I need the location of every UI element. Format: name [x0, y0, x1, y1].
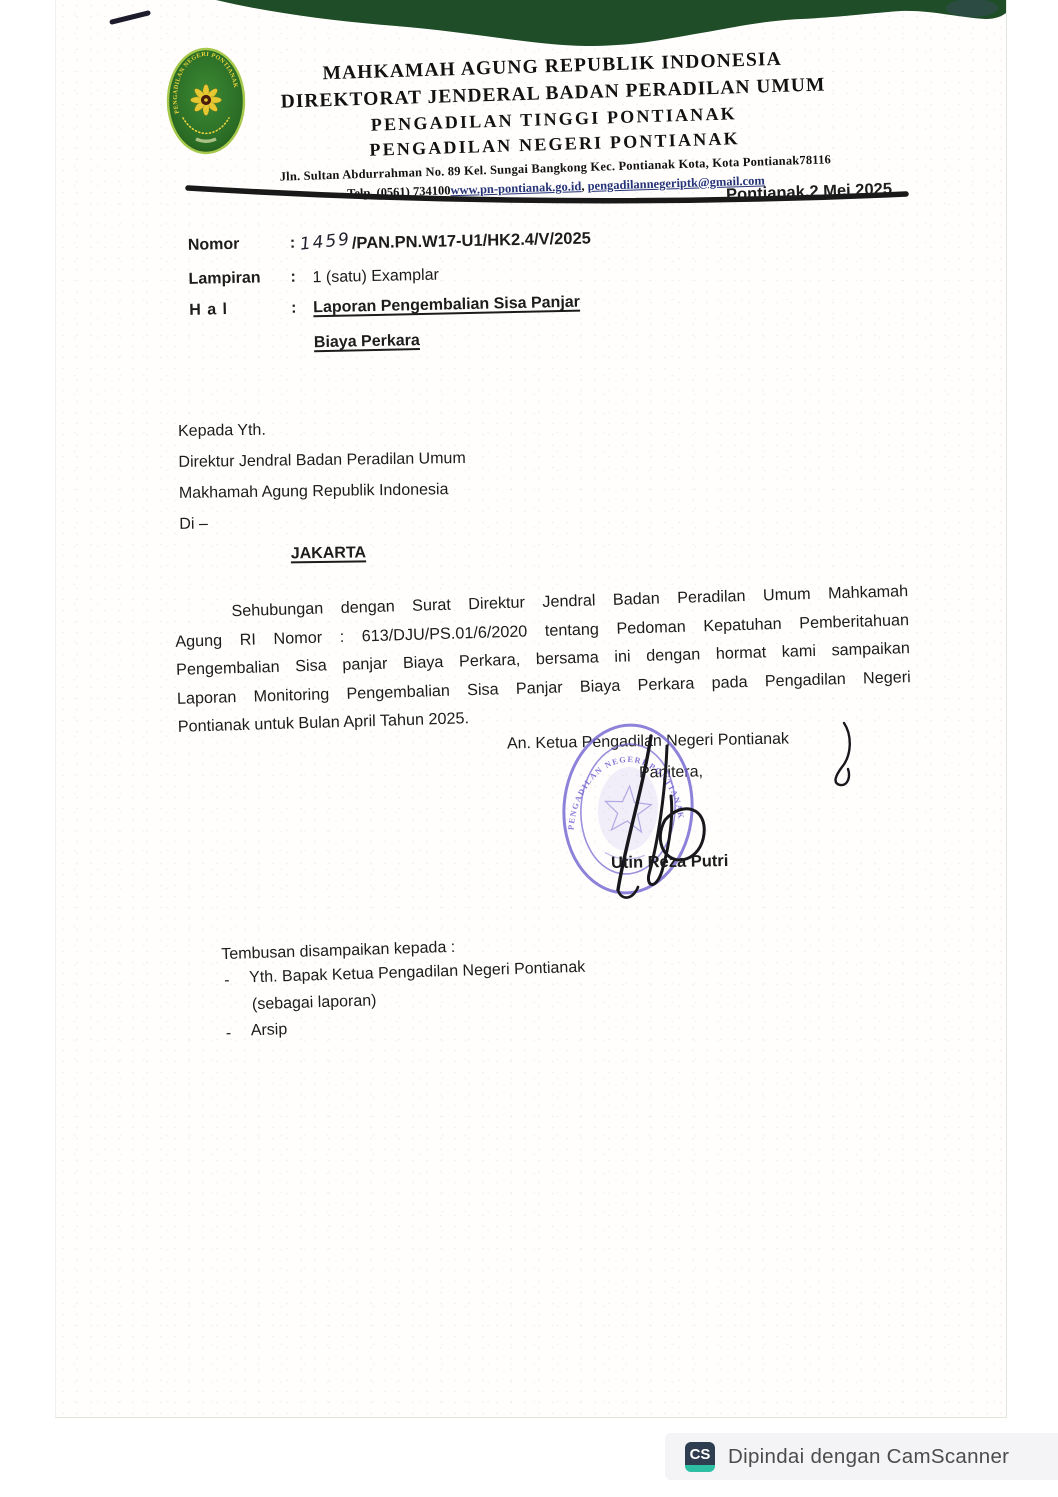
colon: : [291, 300, 297, 318]
camscanner-icon: CS [685, 1442, 715, 1472]
handwritten-signature [561, 700, 881, 910]
list-dash: - [224, 972, 230, 990]
tembusan-item-note: (sebagai laporan) [252, 992, 377, 1014]
lampiran-value: 1 (satu) Examplar [312, 267, 439, 288]
hal-label: H a l [189, 301, 228, 320]
list-dash: - [226, 1025, 232, 1043]
recipient-institution: Makhamah Agung Republik Indonesia [179, 479, 599, 503]
recipient-city: JAKARTA [291, 541, 600, 563]
tembusan-item: Arsip [251, 1021, 288, 1040]
hal-value-line-2: Biaya Perkara [314, 332, 420, 352]
tembusan-item: Yth. Bapak Ketua Pengadilan Negeri Ponti… [249, 959, 586, 988]
colon: : [290, 269, 296, 287]
signatory-name: Utin Reza Putri [611, 852, 729, 873]
tembusan-block: Tembusan disampaikan kepada : - Yth. Bap… [221, 930, 741, 946]
recipient-block: Kepada Yth. Direktur Jendral Badan Perad… [178, 417, 600, 578]
letter-meta: Nomor : 1459 /PAN.PN.W17-U1/HK2.4/V/2025… [188, 225, 751, 367]
camscanner-text: Dipindai dengan CamScanner [728, 1445, 1009, 1469]
nomor-handwritten-number: 1459 [299, 229, 352, 254]
camscanner-watermark: CS Dipindai dengan CamScanner [665, 1433, 1058, 1480]
recipient-di: Di – [179, 510, 599, 534]
lampiran-label: Lampiran [188, 269, 260, 289]
hal-value-line-1: Laporan Pengembalian Sisa Panjar [313, 294, 580, 318]
nomor-value: /PAN.PN.W17-U1/HK2.4/V/2025 [352, 229, 591, 253]
seal-star-emblem [190, 84, 221, 115]
tembusan-title: Tembusan disampaikan kepada : [221, 939, 455, 964]
court-seal-logo: PENGADILAN NEGERI PONTIANAK [166, 46, 246, 156]
recipient-title: Direktur Jendral Badan Peradilan Umum [178, 448, 598, 472]
scan-page: PENGADILAN NEGERI PONTIANAK [55, 0, 1007, 1418]
nomor-label: Nomor [188, 236, 240, 255]
recipient-salutation: Kepada Yth. [178, 417, 598, 441]
scanned-letter: PENGADILAN NEGERI PONTIANAK [0, 0, 1058, 1497]
colon: : [290, 235, 296, 253]
